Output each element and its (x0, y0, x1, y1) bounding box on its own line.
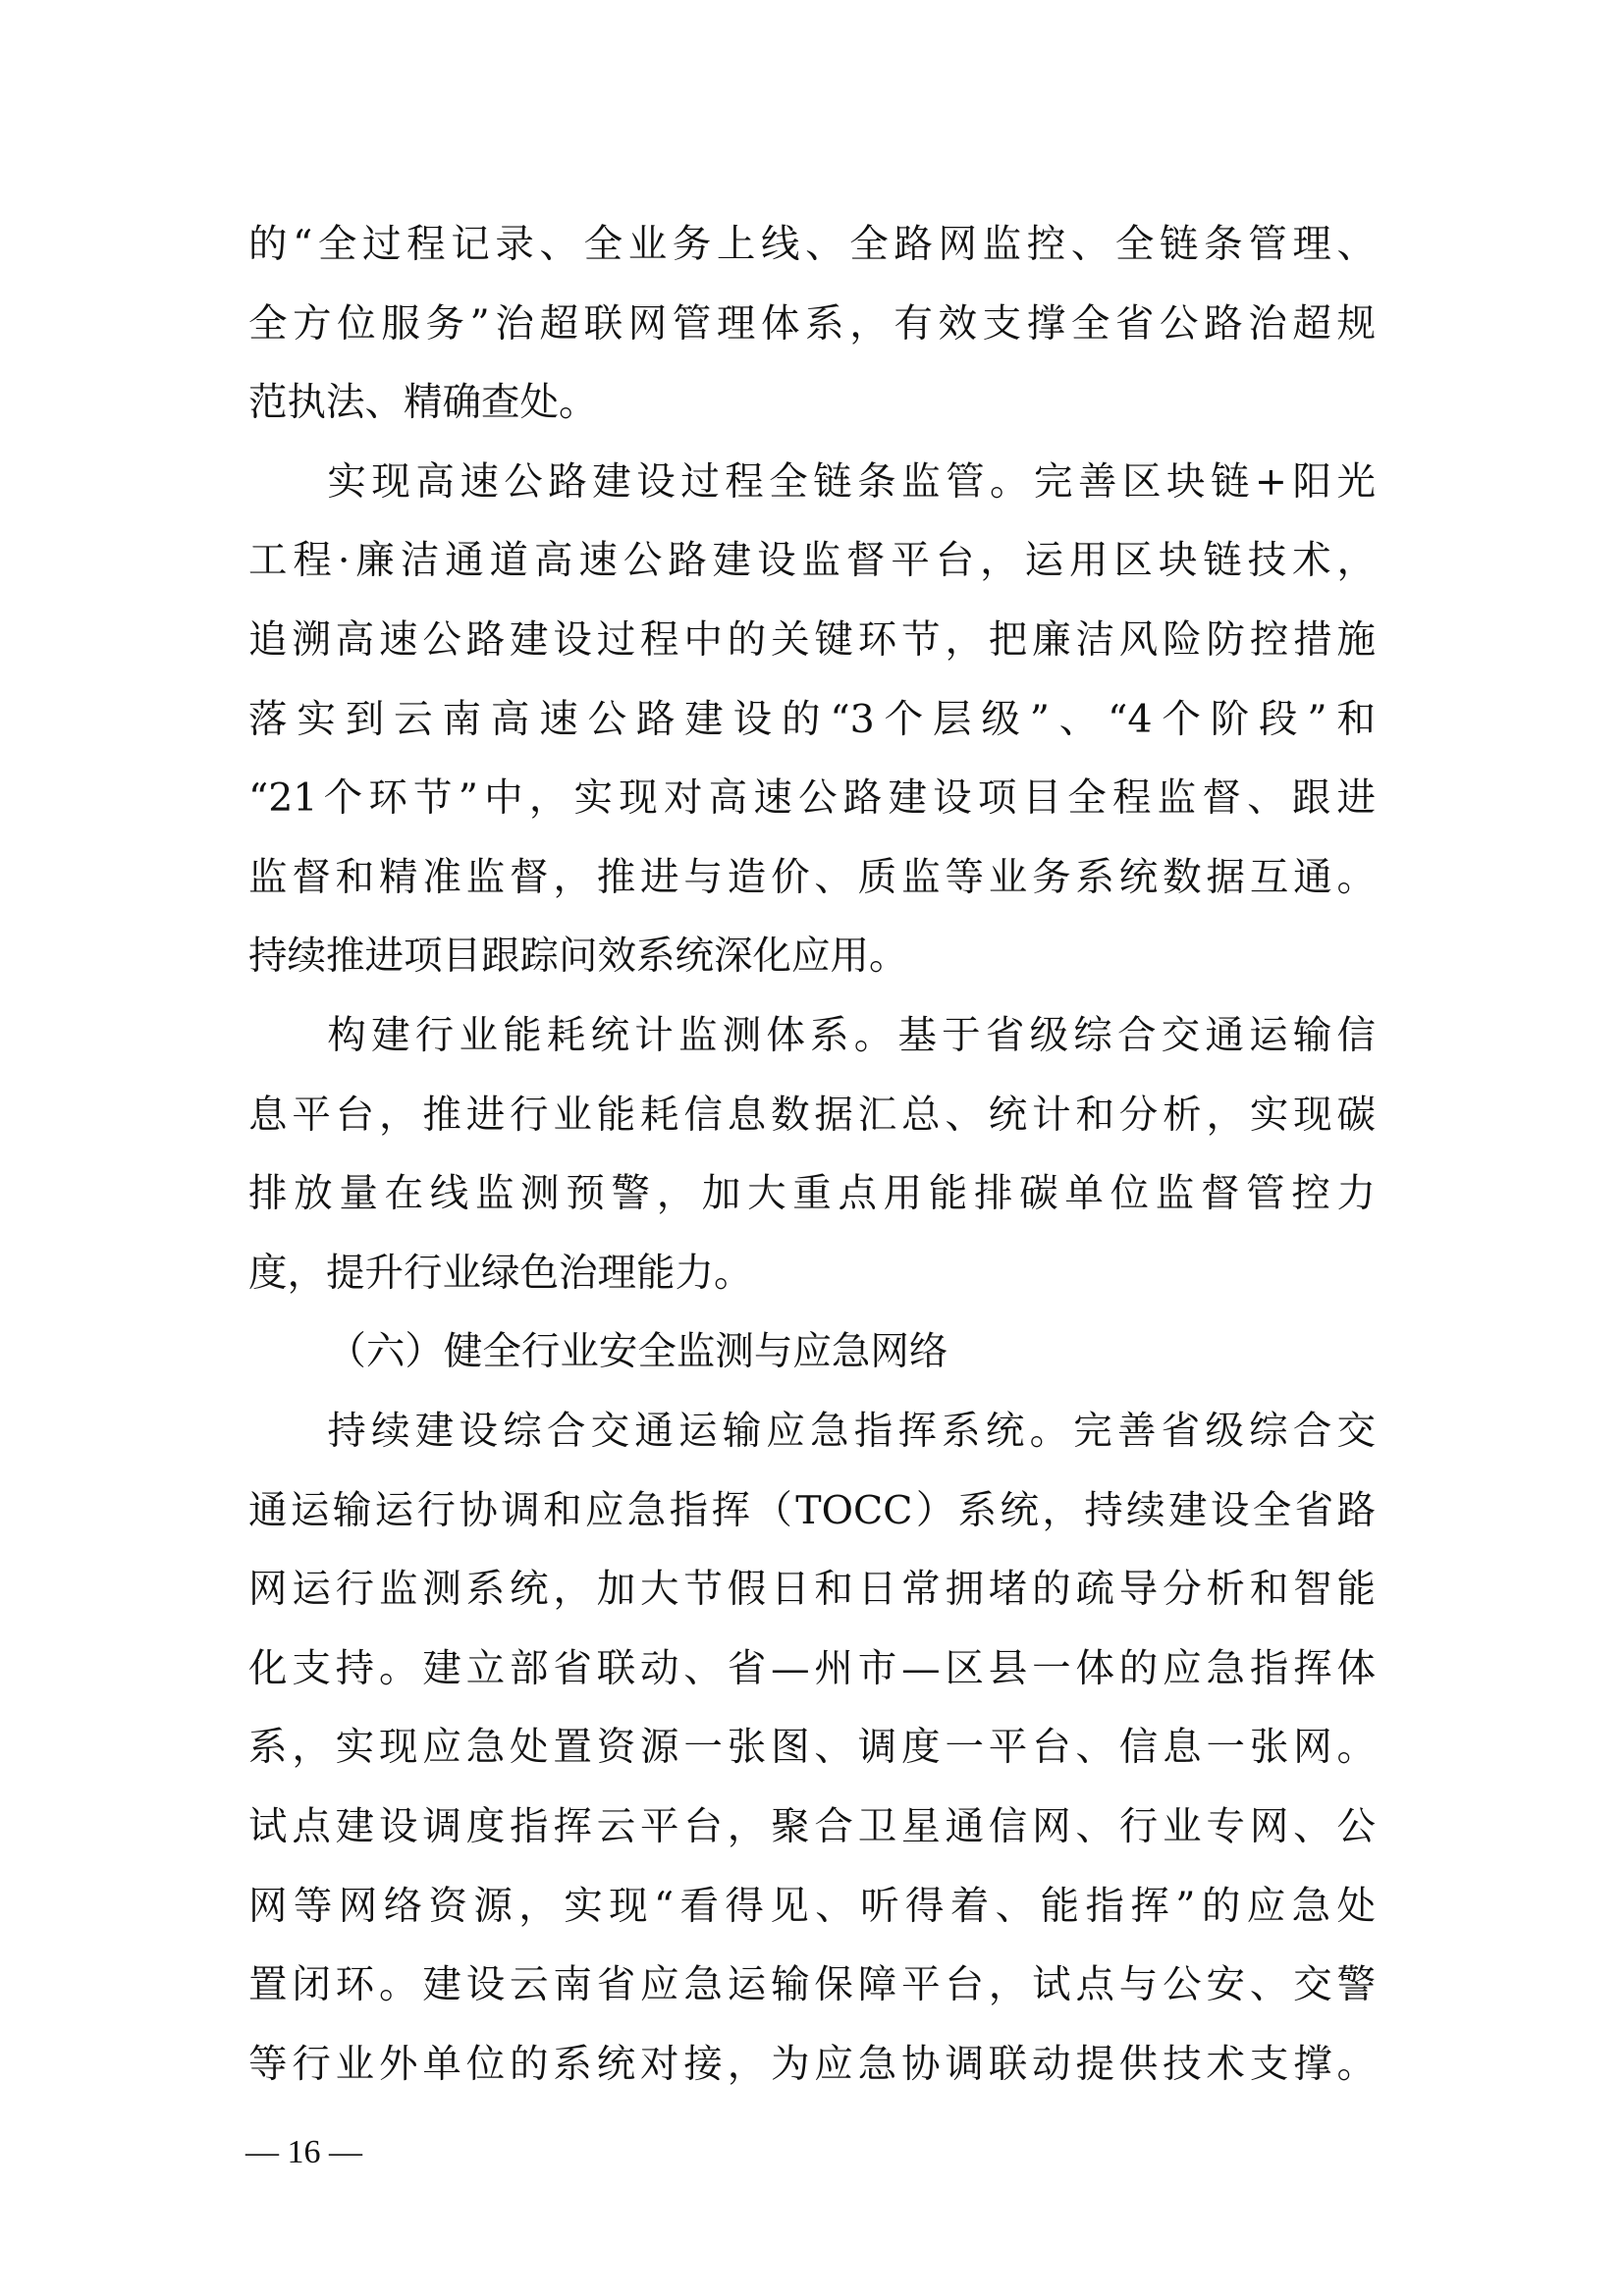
text-line: 化支持。建立部省联动、省—州市—区县一体的应急指挥体 (248, 1639, 1376, 1698)
text-line: 范执法、精确查处。 (248, 373, 1376, 432)
paragraph-first-line: 持续建设综合交通运输应急指挥系统。完善省级综合交 (327, 1402, 1376, 1461)
text-line: 监督和精准监督，推进与造价、质监等业务系统数据互通。 (248, 848, 1376, 907)
text-line: 网运行监测系统，加大节假日和日常拥堵的疏导分析和智能 (248, 1560, 1376, 1619)
text-line: 全方位服务”治超联网管理体系，有效支撑全省公路治超规 (248, 294, 1376, 353)
text-line: 度，提升行业绿色治理能力。 (248, 1244, 1376, 1303)
text-line: 工程·廉洁通道高速公路建设监督平台，运用区块链技术， (248, 531, 1376, 590)
text-line: 试点建设调度指挥云平台，聚合卫星通信网、行业专网、公 (248, 1797, 1376, 1856)
text-line: 系，实现应急处置资源一张图、调度一平台、信息一张网。 (248, 1718, 1376, 1777)
paragraph-first-line: 构建行业能耗统计监测体系。基于省级综合交通运输信 (327, 1006, 1376, 1065)
text-line: 网等网络资源，实现“看得见、听得着、能指挥”的应急处 (248, 1877, 1376, 1936)
text-line: 通运输运行协调和应急指挥（TOCC）系统，持续建设全省路 (248, 1481, 1376, 1540)
text-line: 等行业外单位的系统对接，为应急协调联动提供技术支撑。 (248, 2035, 1376, 2094)
text-line: “21个环节”中，实现对高速公路建设项目全程监督、跟进 (248, 769, 1376, 828)
text-line: 的“全过程记录、全业务上线、全路网监控、全链条管理、 (248, 215, 1376, 274)
text-line: 落实到云南高速公路建设的“3个层级”、“4个阶段”和 (248, 690, 1376, 749)
paragraph-first-line: 实现高速公路建设过程全链条监管。完善区块链+阳光 (327, 453, 1376, 511)
section-heading: （六）健全行业安全监测与应急网络 (327, 1322, 1376, 1381)
text-line: 追溯高速公路建设过程中的关键环节，把廉洁风险防控措施 (248, 611, 1376, 669)
text-line: 排放量在线监测预警，加大重点用能排碳单位监督管控力 (248, 1164, 1376, 1223)
text-line: 息平台，推进行业能耗信息数据汇总、统计和分析，实现碳 (248, 1086, 1376, 1145)
text-line: 置闭环。建设云南省应急运输保障平台，试点与公安、交警 (248, 1955, 1376, 2014)
document-page: 的“全过程记录、全业务上线、全路网监控、全链条管理、 全方位服务”治超联网管理体… (0, 0, 1624, 2296)
page-number: — 16 — (245, 2132, 362, 2173)
text-line: 持续推进项目跟踪问效系统深化应用。 (248, 927, 1376, 986)
